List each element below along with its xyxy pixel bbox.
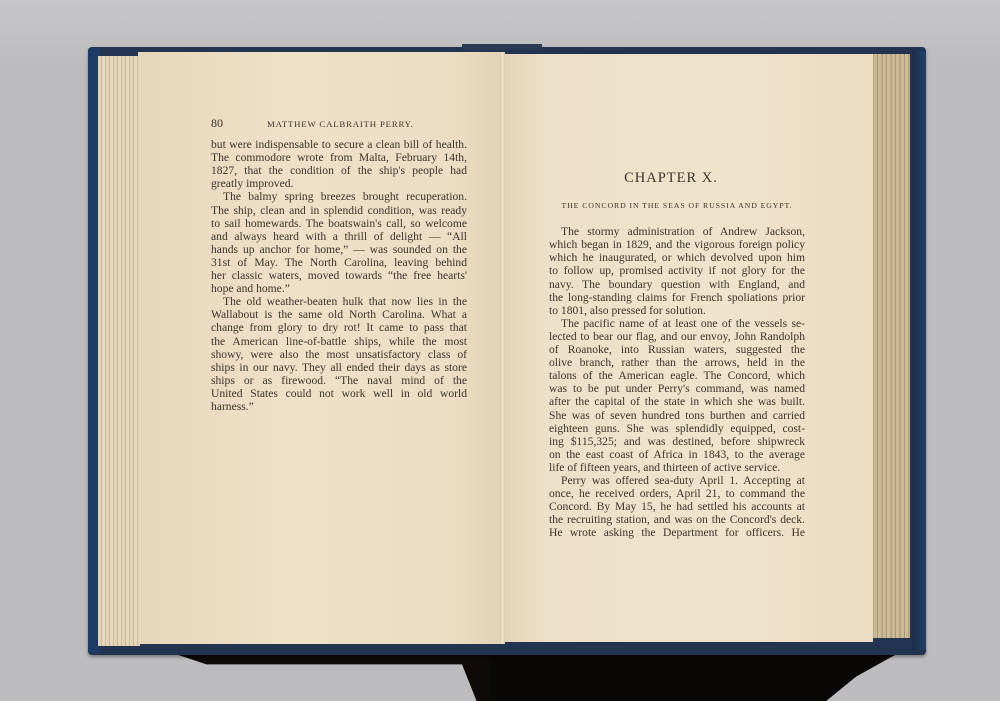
paragraph: The balmy spring breezes brought recuper… — [211, 190, 467, 295]
text-line: which he inaugurated, or which devolved … — [549, 251, 805, 264]
text-line: showy, were also the most unsatisfactory… — [211, 348, 467, 361]
text-line: and always heard with a thrill of deligh… — [211, 230, 467, 243]
text-line: life of fifteen years, and thirteen of a… — [549, 461, 805, 474]
text-line: to follow up, promised activity if not g… — [549, 264, 805, 277]
right-page-text: CHAPTER X. THE CONCORD IN THE SEAS OF RU… — [549, 172, 805, 539]
text-line: the American line-of-battle ships, while… — [211, 335, 467, 348]
paragraph: but were indispensable to secure a clean… — [211, 138, 467, 190]
paragraph: The old weather-beaten hulk that now lie… — [211, 295, 467, 413]
text-line: to sail homewards. The boatswain's call,… — [211, 217, 467, 230]
text-line: The pacific name of at least one of the … — [549, 317, 805, 330]
left-page-header: 80 MATTHEW CALBRAITH PERRY. — [211, 117, 467, 131]
text-line: once, he received orders, April 21, to c… — [549, 487, 805, 500]
text-line: her classic waters, moved towards “the f… — [211, 269, 467, 282]
text-line: He wrote asking the Department for offic… — [549, 526, 805, 539]
paragraph: Perry was offered sea-duty April 1. Acce… — [549, 474, 805, 539]
book-spine-top — [462, 44, 542, 50]
text-line: after the capital of the state in which … — [549, 395, 805, 408]
text-line: The ship, clean and in splendid conditio… — [211, 204, 467, 217]
chapter-title: CHAPTER X. — [549, 172, 805, 185]
text-line: 31st of May. The North Carolina, leaving… — [211, 256, 467, 269]
text-line: change from glory to dry rot! It came to… — [211, 321, 467, 334]
page-edges-right — [872, 54, 910, 638]
text-line: The old weather-beaten hulk that now lie… — [211, 295, 467, 308]
text-line: of Roanoke, into Russian waters, suggest… — [549, 343, 805, 356]
text-line: greatly improved. — [211, 177, 467, 190]
text-line: She was of seven hundred tons burthen an… — [549, 409, 805, 422]
text-line: Perry was offered sea-duty April 1. Acce… — [549, 474, 805, 487]
text-line: The balmy spring breezes brought recuper… — [211, 190, 467, 203]
book-gutter — [500, 52, 505, 644]
text-line: ing $115,325; and was destined, before s… — [549, 435, 805, 448]
text-line: United States could not work well in old… — [211, 387, 467, 400]
text-line: the long-standing claims for French spol… — [549, 291, 805, 304]
paragraph: The stormy administration of Andrew Jack… — [549, 225, 805, 317]
text-line: navy. The boundary question with England… — [549, 278, 805, 291]
text-line: olive branch, rather than the arrows, he… — [549, 356, 805, 369]
text-line: on the east coast of Africa in 1843, to … — [549, 448, 805, 461]
page-edges-left — [98, 56, 140, 646]
text-line: to 1801, also pressed for solution. — [549, 304, 805, 317]
page-number: 80 — [211, 117, 267, 130]
left-page-text: 80 MATTHEW CALBRAITH PERRY. but were ind… — [211, 117, 467, 413]
paragraph: The pacific name of at least one of the … — [549, 317, 805, 474]
text-line: the recruiting station, and was on the C… — [549, 513, 805, 526]
text-line: The commodore wrote from Malta, February… — [211, 151, 467, 164]
book-cover-right-edge — [912, 50, 926, 650]
text-line: Concord. By May 15, he had settled his a… — [549, 500, 805, 513]
text-line: ships or as firewood. “The naval mind of… — [211, 374, 467, 387]
text-line: The stormy administration of Andrew Jack… — [549, 225, 805, 238]
chapter-subtitle: THE CONCORD IN THE SEAS OF RUSSIA AND EG… — [549, 199, 805, 212]
text-line: hope and home.” — [211, 282, 467, 295]
text-line: hands up anchor for home,” — was sounded… — [211, 243, 467, 256]
text-line: harness.” — [211, 400, 467, 413]
running-head: MATTHEW CALBRAITH PERRY. — [267, 118, 414, 131]
text-line: was to be put under Perry's command, was… — [549, 382, 805, 395]
text-line: which began in 1829, and the vigorous fo… — [549, 238, 805, 251]
text-line: but were indispensable to secure a clean… — [211, 138, 467, 151]
text-line: lected to bear our flag, and our envoy, … — [549, 330, 805, 343]
text-line: eighteen guns. She was splendidly equipp… — [549, 422, 805, 435]
text-line: talons of the American eagle. The Concor… — [549, 369, 805, 382]
text-line: Wallabout is the same old North Carolina… — [211, 308, 467, 321]
text-line: 1827, that the condition of the ship's p… — [211, 164, 467, 177]
text-line: ships in our navy. They all ended their … — [211, 361, 467, 374]
